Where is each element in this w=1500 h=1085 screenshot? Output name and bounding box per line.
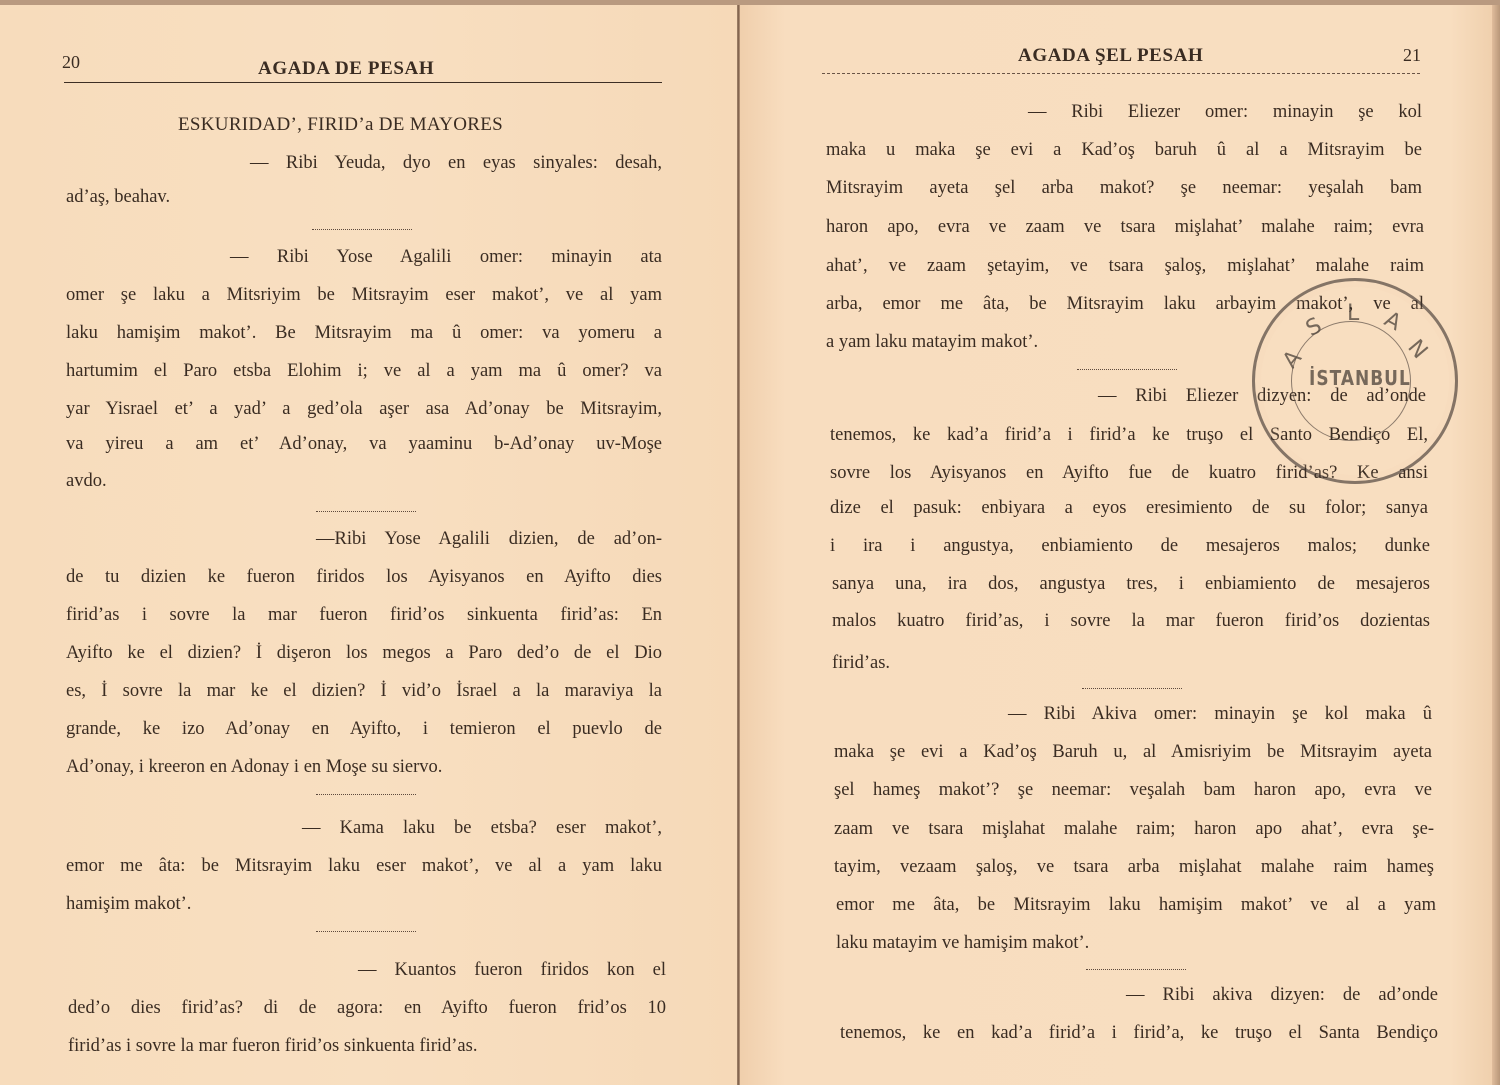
section-divider bbox=[316, 794, 416, 795]
text-line: laku matayim ve hamişim makot’. bbox=[836, 933, 1436, 954]
text-line: de tu dizien ke fueron firidos los Ayisy… bbox=[66, 567, 662, 588]
text-line: — Ribi Eliezer omer: minayin şe kol bbox=[1028, 102, 1422, 123]
header-rule-left bbox=[64, 82, 662, 83]
text-line: yar Yisrael et’ a yad’ a ged’ola aşer as… bbox=[66, 399, 662, 420]
text-line: Ayifto ke el dizien? İ dişeron los megos… bbox=[66, 643, 662, 664]
text-line: — Kama laku be etsba? eser makot’, bbox=[302, 818, 662, 839]
text-line: firid’as i sovre la mar fueron firid’os … bbox=[66, 605, 662, 626]
text-line: —Ribi Yose Agalili dizien, de ad’on- bbox=[316, 529, 662, 550]
section-divider bbox=[1077, 369, 1177, 370]
running-head-right: AGADA ŞEL PESAH bbox=[1018, 45, 1203, 67]
stamp-city-text: İSTANBUL bbox=[1309, 367, 1411, 391]
text-line: emor me âta: be Mitsrayim laku eser mako… bbox=[66, 856, 662, 877]
text-line: maka şe evi a Kad’oş Baruh u, al Amisriy… bbox=[834, 742, 1432, 763]
text-line: ded’o dies firid’as? di de agora: en Ayi… bbox=[68, 998, 666, 1019]
section-divider bbox=[316, 931, 416, 932]
section-divider bbox=[316, 511, 416, 512]
text-line: hamişim makot’. bbox=[66, 894, 662, 915]
section-title: ESKURIDAD’, FIRID’a DE MAYORES bbox=[178, 114, 503, 136]
text-line: sanya una, ira dos, angustya tres, i enb… bbox=[832, 574, 1430, 595]
text-line: hartumim el Paro etsba Elohim i; ve al a… bbox=[66, 361, 662, 382]
text-line: malos kuatro firid’as, i sovre la mar fu… bbox=[832, 611, 1430, 632]
text-line: emor me âta, be Mitsrayim laku hamişim m… bbox=[836, 895, 1436, 916]
text-line: — Ribi Yose Agalili omer: minayin ata bbox=[230, 247, 662, 268]
text-line: laku hamişim makot’. Be Mitsrayim ma û o… bbox=[66, 323, 662, 344]
text-line: zaam ve tsara mişlahat malahe raim; haro… bbox=[834, 819, 1434, 840]
text-line: avdo. bbox=[66, 471, 662, 492]
page-number-left: 20 bbox=[62, 52, 80, 73]
text-line: firid’as i sovre la mar fueron firid’os … bbox=[68, 1036, 666, 1057]
header-rule-right bbox=[822, 73, 1420, 74]
book-right-edge bbox=[1492, 5, 1500, 1085]
text-line: — Kuantos fueron firidos kon el bbox=[358, 960, 666, 981]
text-line: va yireu a am et’ Ad’onay, va yaaminu b-… bbox=[66, 434, 662, 455]
text-line: tayim, vezaam şaloş, ve tsara arba mişla… bbox=[834, 857, 1434, 878]
text-line: — Ribi Yeuda, dyo en eyas sinyales: desa… bbox=[250, 153, 662, 174]
stamp-arc-letter: L bbox=[1347, 301, 1359, 326]
page-number-right: 21 bbox=[1403, 45, 1421, 66]
text-line: haron apo, evra ve zaam ve tsara mişlaha… bbox=[826, 217, 1424, 238]
text-line: firid’as. bbox=[832, 653, 1430, 674]
book-gutter bbox=[737, 5, 740, 1085]
section-divider bbox=[312, 229, 412, 230]
text-line: ahat’, ve zaam şetayim, ve tsara şaloş, … bbox=[826, 256, 1424, 277]
text-line: — Ribi Akiva omer: minayin şe kol maka û bbox=[1008, 704, 1432, 725]
text-line: i ira i angustya, enbiamiento de mesajer… bbox=[830, 536, 1430, 557]
text-line: omer şe laku a Mitsriyim be Mitsrayim es… bbox=[66, 285, 662, 306]
text-line: maka u maka şe evi a Kad’oş baruh û al a… bbox=[826, 140, 1422, 161]
text-line: Ad’onay, i kreeron en Adonay i en Moşe s… bbox=[66, 757, 662, 778]
text-line: tenemos, ke en kad’a firid’a i firid’a, … bbox=[840, 1023, 1438, 1044]
text-line: dize el pasuk: enbiyara a eyos eresimien… bbox=[830, 498, 1428, 519]
text-line: — Ribi akiva dizyen: de ad’onde bbox=[1126, 985, 1438, 1006]
section-divider bbox=[1082, 688, 1182, 689]
text-line: ad’aş, beahav. bbox=[66, 187, 662, 208]
running-head-left: AGADA DE PESAH bbox=[258, 58, 434, 80]
text-line: grande, ke izo Ad’onay en Ayifto, i temi… bbox=[66, 719, 662, 740]
library-stamp: A S L A N İSTANBUL bbox=[1252, 278, 1458, 484]
text-line: Mitsrayim ayeta şel arba makot? şe neema… bbox=[826, 178, 1422, 199]
section-divider bbox=[1086, 969, 1186, 970]
text-line: şel hameş makot’? şe neemar: veşalah bam… bbox=[834, 780, 1432, 801]
text-line: es, İ sovre la mar ke el dizien? İ vid’o… bbox=[66, 681, 662, 702]
